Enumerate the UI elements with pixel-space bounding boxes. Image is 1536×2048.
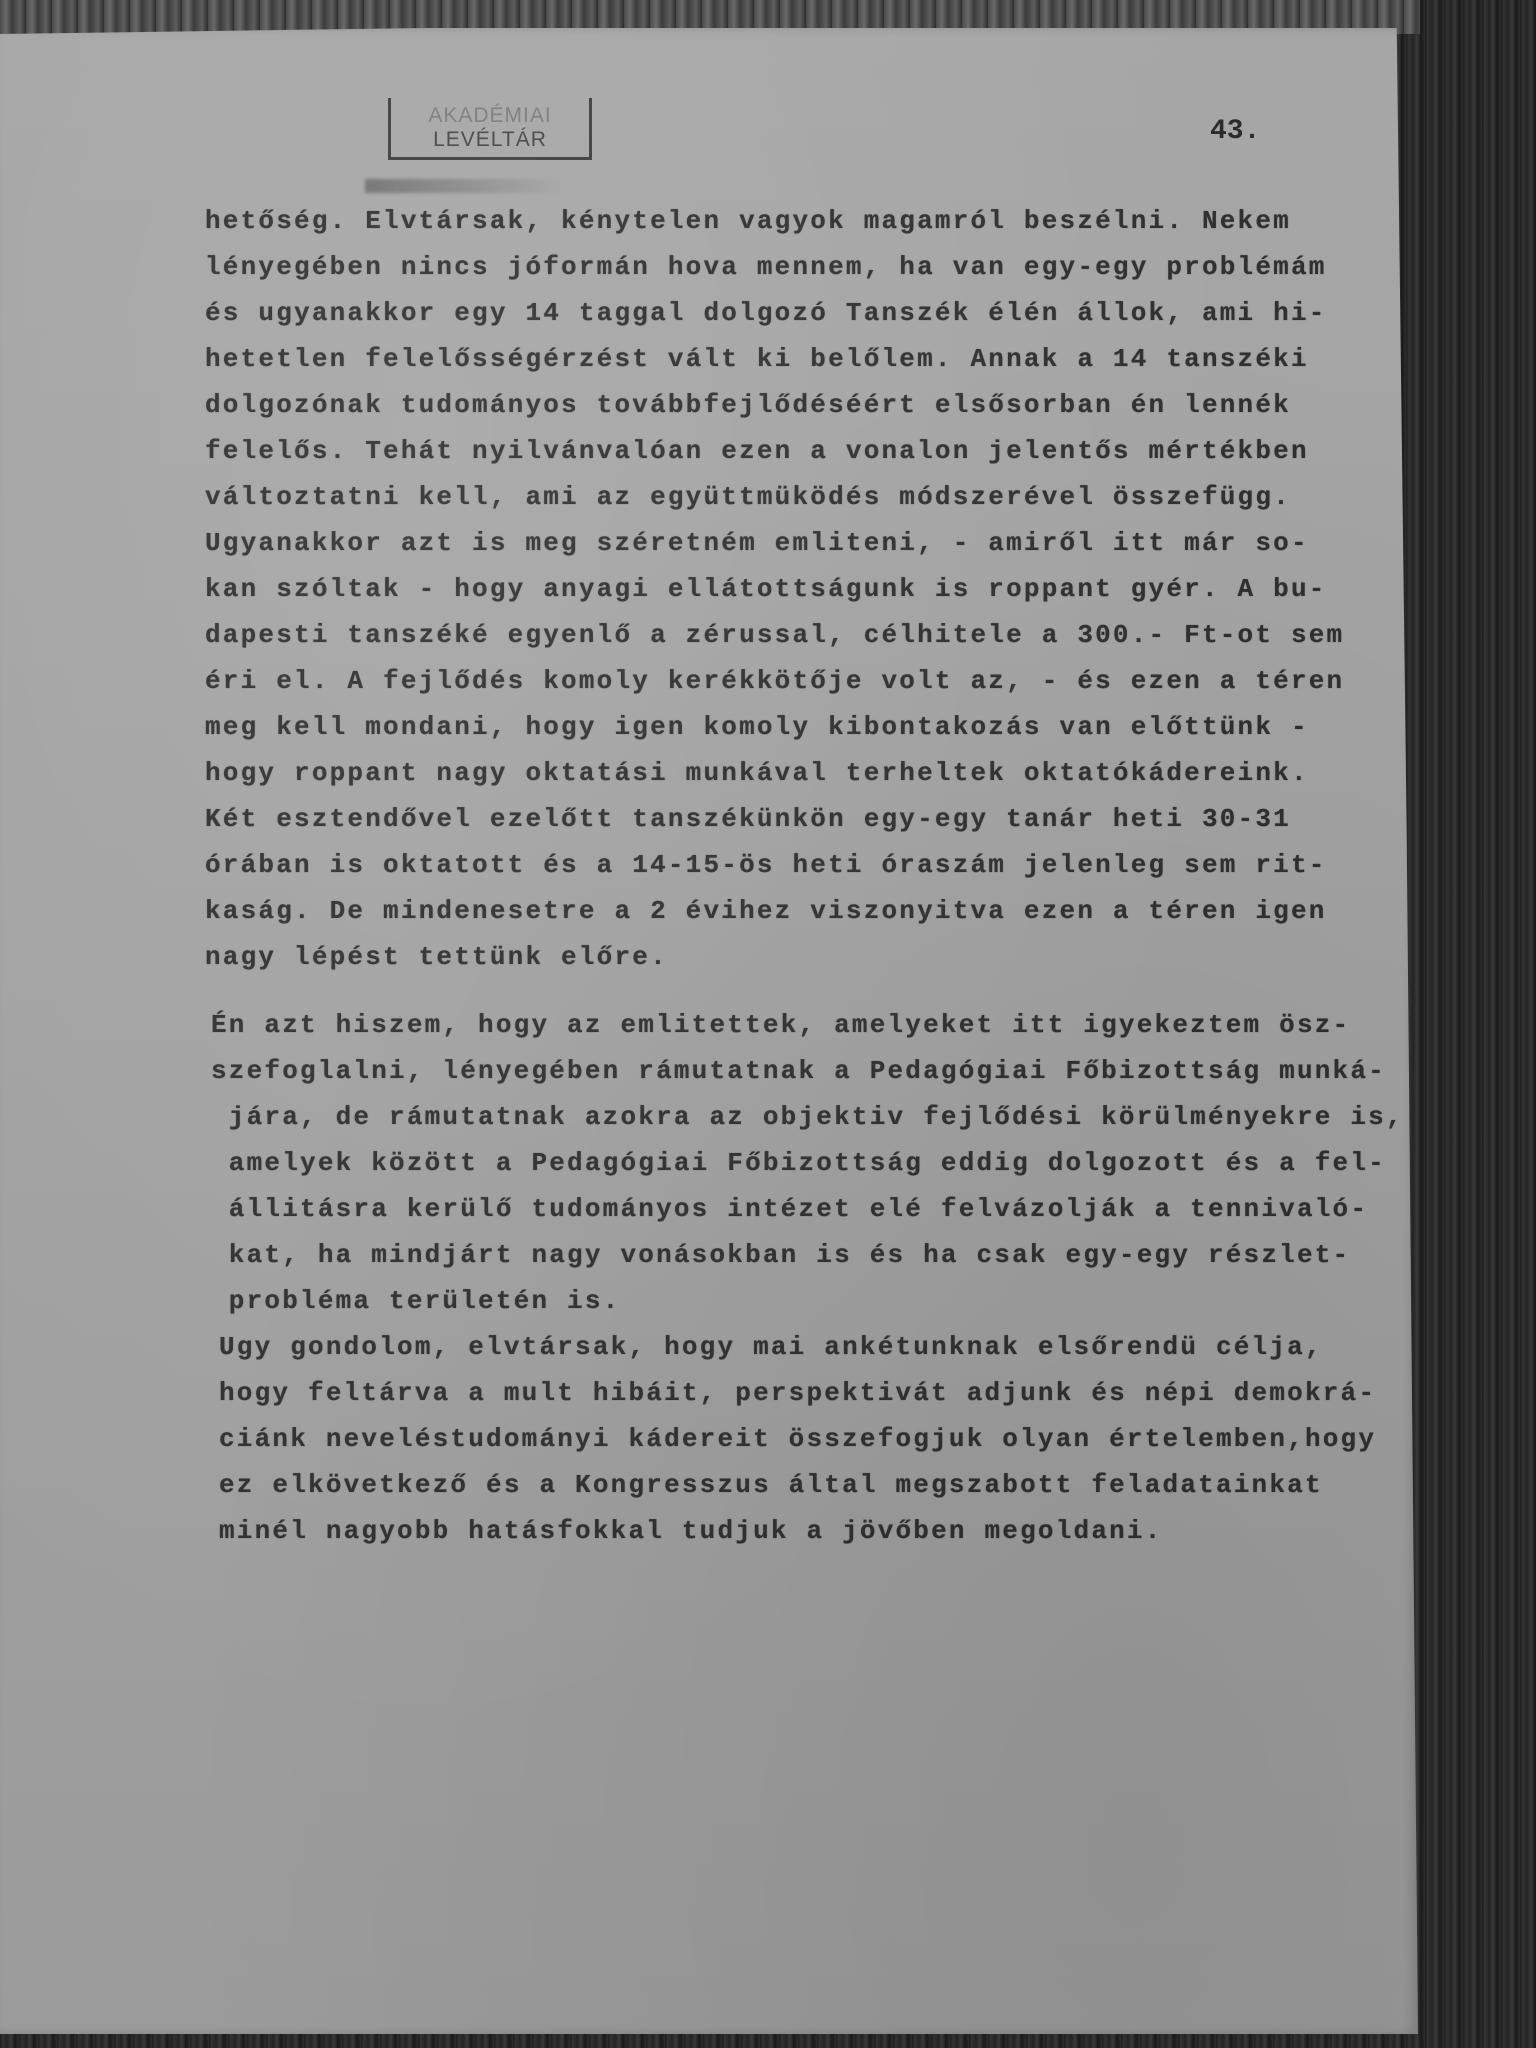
paragraph-3: Ugy gondolom, elvtársak, hogy mai ankétu… xyxy=(205,1324,1435,1554)
text-line: Ugyanakkor azt is meg széretném emliteni… xyxy=(205,520,1435,566)
text-line: és ugyanakkor egy 14 taggal dolgozó Tans… xyxy=(205,290,1435,336)
text-line: ciánk neveléstudományi kádereit összefog… xyxy=(205,1416,1435,1462)
typewritten-page: AKADÉMIAI LEVÉLTÁR 43. hetőség. Elvtársa… xyxy=(0,28,1418,2034)
text-line: lényegében nincs jóformán hova mennem, h… xyxy=(205,244,1435,290)
paragraph-1: hetőség. Elvtársak, kénytelen vagyok mag… xyxy=(205,198,1435,980)
ink-smudge xyxy=(365,179,565,193)
paragraph-2: Én azt hiszem, hogy az emlitettek, amely… xyxy=(205,1002,1435,1324)
text-line: változtatni kell, ami az együttmüködés m… xyxy=(205,474,1435,520)
text-line: amelyek között a Pedagógiai Főbizottság … xyxy=(205,1140,1435,1186)
text-line: hetőség. Elvtársak, kénytelen vagyok mag… xyxy=(205,198,1435,244)
stamp-line-2: LEVÉLTÁR xyxy=(391,128,589,152)
page-number: 43. xyxy=(1210,116,1260,147)
text-line: kat, ha mindjárt nagy vonásokban is és h… xyxy=(205,1232,1435,1278)
text-line: Ugy gondolom, elvtársak, hogy mai ankétu… xyxy=(205,1324,1435,1370)
text-line: állitásra kerülő tudományos intézet elé … xyxy=(205,1186,1435,1232)
text-line: nagy lépést tettünk előre. xyxy=(205,934,1435,980)
text-line: éri el. A fejlődés komoly kerékkötője vo… xyxy=(205,658,1435,704)
text-line: dapesti tanszéké egyenlő a zérussal, cél… xyxy=(205,612,1435,658)
text-line: órában is oktatott és a 14-15-ös heti ór… xyxy=(205,842,1435,888)
text-line: szefoglalni, lényegében rámutatnak a Ped… xyxy=(205,1048,1435,1094)
text-line: felelős. Tehát nyilvánvalóan ezen a vona… xyxy=(205,428,1435,474)
archive-stamp: AKADÉMIAI LEVÉLTÁR xyxy=(388,98,592,160)
text-line: Két esztendővel ezelőtt tanszékünkön egy… xyxy=(205,796,1435,842)
stamp-line-1: AKADÉMIAI xyxy=(391,104,589,128)
text-line: meg kell mondani, hogy igen komoly kibon… xyxy=(205,704,1435,750)
text-line: probléma területén is. xyxy=(205,1278,1435,1324)
text-line: dolgozónak tudományos továbbfejlődéséért… xyxy=(205,382,1435,428)
paragraph-spacer xyxy=(205,1324,1435,1326)
text-line: jára, de rámutatnak azokra az objektiv f… xyxy=(205,1094,1435,1140)
body-text: hetőség. Elvtársak, kénytelen vagyok mag… xyxy=(205,198,1435,1554)
text-line: kan szóltak - hogy anyagi ellátottságunk… xyxy=(205,566,1435,612)
text-line: kaság. De mindenesetre a 2 évihez viszon… xyxy=(205,888,1435,934)
text-line: ez elkövetkező és a Kongresszus által me… xyxy=(205,1462,1435,1508)
text-line: minél nagyobb hatásfokkal tudjuk a jövőb… xyxy=(205,1508,1435,1554)
text-line: hogy feltárva a mult hibáit, perspektivá… xyxy=(205,1370,1435,1416)
text-line: Én azt hiszem, hogy az emlitettek, amely… xyxy=(205,1002,1435,1048)
paragraph-spacer xyxy=(205,980,1435,1002)
text-line: hetetlen felelősségérzést vált ki belőle… xyxy=(205,336,1435,382)
text-line: hogy roppant nagy oktatási munkával terh… xyxy=(205,750,1435,796)
